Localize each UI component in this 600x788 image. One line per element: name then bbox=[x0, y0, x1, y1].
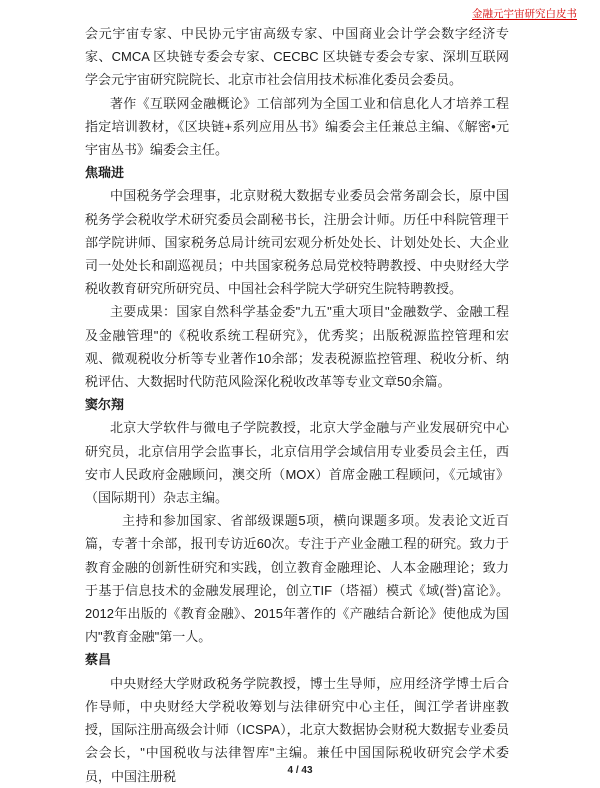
bio-paragraph: 北京大学软件与微电子学院教授，北京大学金融与产业发展研究中心研究员，北京信用学会… bbox=[85, 416, 509, 509]
document-body: 会元宇宙专家、中民协元宇宙高级专家、中国商业会计学会数字经济专家、CMCA 区块… bbox=[85, 22, 509, 788]
bio-name-heading: 蔡昌 bbox=[85, 648, 509, 671]
bio-paragraph: 主持和参加国家、省部级课题5项，横向课题多项。发表论文近百篇，专著十余部，报刊专… bbox=[85, 509, 509, 648]
page-header-title: 金融元宇宙研究白皮书 bbox=[472, 7, 577, 21]
page-number: 4 / 43 bbox=[0, 765, 600, 777]
bio-name-heading: 窦尔翔 bbox=[85, 393, 509, 416]
bio-paragraph: 主要成果：国家自然科学基金委"九五"重大项目"金融数学、金融工程及金融管理"的《… bbox=[85, 300, 509, 393]
bio-paragraph: 会元宇宙专家、中民协元宇宙高级专家、中国商业会计学会数字经济专家、CMCA 区块… bbox=[85, 22, 509, 92]
document-page: 金融元宇宙研究白皮书 会元宇宙专家、中民协元宇宙高级专家、中国商业会计学会数字经… bbox=[0, 0, 600, 788]
bio-paragraph: 中国税务学会理事，北京财税大数据专业委员会常务副会长，原中国税务学会税收学术研究… bbox=[85, 184, 509, 300]
bio-paragraph: 著作《互联网金融概论》工信部列为全国工业和信息化人才培养工程指定培训教材，《区块… bbox=[85, 92, 509, 162]
bio-name-heading: 焦瑞进 bbox=[85, 161, 509, 184]
